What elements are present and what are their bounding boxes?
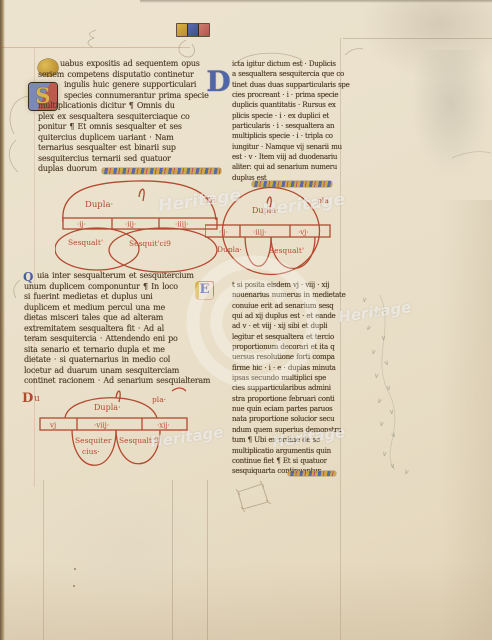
left-column-paragraph-2: uia inter sesqualterum et sesquitercium … xyxy=(24,271,222,387)
text-line: stra proportione februari conti xyxy=(232,394,340,404)
diagram-label-dupla-bottom: Dupla· xyxy=(217,245,242,254)
text-line: cies procreant · i · prima specie xyxy=(232,90,340,100)
ink-dot xyxy=(74,568,76,570)
diagram-label-pla: pla· xyxy=(152,395,166,404)
text-line: a sesqualtera sesquitercia que co xyxy=(232,69,340,79)
text-line: ad v · et viij · xij sibi et dupli xyxy=(232,321,340,331)
text-line: ipsas secundo multiplici spe xyxy=(232,373,340,383)
line-filler-ornament xyxy=(288,471,336,476)
proportion-diagram-3: D u pla· Dupla· vj ·viij· ·xij· Sesquite… xyxy=(20,385,205,485)
left-column-paragraph-1: uabus expositis ad sequentem opus seriem… xyxy=(38,59,224,175)
ink-dot xyxy=(73,585,75,587)
right-column-paragraph-2: t si posita eisdem vj · viij · xij nouen… xyxy=(232,280,340,477)
diagram-label-dupla: Dupla· xyxy=(85,200,113,210)
text-line: dietas misceri tales que ad alteram xyxy=(24,313,222,324)
diagram-label-dupla-top: Dupla· xyxy=(252,206,279,215)
text-line: duplicem et medium percul una me xyxy=(24,303,222,314)
diagram-cell-label: ·iij· xyxy=(125,221,136,229)
diagram-cell-label: vj xyxy=(49,422,56,430)
diagram-cell-label: ·xij· xyxy=(157,422,170,430)
text-line: nue quin eciam partes paruos xyxy=(232,404,340,414)
margin-flourish xyxy=(9,140,18,172)
text-line: conuiue erit ad senarium sesq xyxy=(232,301,340,311)
text-line: nouenarius numerus in medietate xyxy=(232,290,340,300)
text-line: multiplicatio argumentis quin xyxy=(232,446,340,456)
text-line: dietate · si quaternarius in medio col xyxy=(24,355,222,366)
text-line: ternarius sesqualter est binarii sup xyxy=(38,143,224,154)
parchment-fiber xyxy=(452,152,491,158)
text-line: nata proportione solucior secu xyxy=(232,414,340,424)
diagram-flourish xyxy=(139,189,144,201)
text-line: teram sesquitercia · Attendendo eni po xyxy=(24,334,222,345)
text-line: duplicis quantitatis · Rursus ex xyxy=(232,100,340,110)
text-line: continue fiet ¶ Et si quatuor xyxy=(232,456,340,466)
diagram-label-dupla: Dupla· xyxy=(94,403,121,412)
text-line: sesquitercius ternarii sed quatuor xyxy=(38,154,224,165)
diagram-label-Du-gold: D xyxy=(22,391,33,406)
diagram-label-sesqualtera: Sesqualt' xyxy=(269,246,304,255)
right-column-paragraph-1: icta igitur dictum est · Duplicis a sesq… xyxy=(232,59,340,183)
diagram-label-sesqualtera: Sesqualt' xyxy=(68,238,103,247)
text-line: firme hic · i · e · duplas minuta xyxy=(232,363,340,373)
text-line: species connumerantur prima specie xyxy=(38,91,224,102)
text-line: uersus resolutione forti compa xyxy=(232,352,340,362)
text-line: ingulis huic genere supporticulari xyxy=(38,80,224,91)
text-line: icta igitur dictum est · Duplicis xyxy=(232,59,340,69)
text-line: sita senario et ternario dupla et me xyxy=(24,345,222,356)
text-line: est · v · Item viij ad duodenariu xyxy=(232,152,340,162)
text-line: uabus expositis ad sequentem opus xyxy=(38,59,224,70)
diagram-label-Du-u: u xyxy=(34,394,40,404)
text-line: particularis · i · sesqualtera an xyxy=(232,121,340,131)
text-line: multiplicationis dicitur ¶ Omnis du xyxy=(38,101,224,112)
margin-flourish xyxy=(14,280,20,298)
text-line: legitur et sesqualtera et tercio xyxy=(232,332,340,342)
text-line: aliter: qui ad senarium numeru xyxy=(232,162,340,172)
text-line: tum ¶ Ubi ex ordine de se xyxy=(232,435,340,445)
text-line: plex ex sesqualtera sesquiterciaque co xyxy=(38,112,224,123)
manuscript-page: S uabus expositis ad sequentem opus seri… xyxy=(0,0,492,640)
diagram-label-sesqualt: Sesqualt'9 xyxy=(119,436,159,445)
text-line: iungitur · Namque vij senarii mu xyxy=(232,142,340,152)
diagram-label-pla: pla xyxy=(317,196,329,205)
margin-vine-stem xyxy=(380,295,395,470)
diagram-bar xyxy=(63,218,217,229)
diagram-label-cius: cius· xyxy=(82,447,100,456)
margin-flourish xyxy=(10,96,28,134)
text-line: cies supparticularibus admini xyxy=(232,383,340,393)
margin-flourish xyxy=(179,40,195,57)
margin-flourish xyxy=(345,49,363,55)
diagram-cell-label: ·iiij· xyxy=(175,221,188,229)
text-line: quitercius duplicem uariant · Nam xyxy=(38,133,224,144)
text-line: plicis specie · i · ex duplici et xyxy=(232,111,340,121)
text-line: locetur ad duarum unam sesquiterciam xyxy=(24,366,222,377)
diagram-label-sesquiter: Sesquiter xyxy=(75,436,112,445)
diagram-arc-left xyxy=(245,237,271,266)
text-line: multiplicis specie · i · tripla co xyxy=(232,131,340,141)
text-line: ponitur ¶ Et omnis sesqualter et ses xyxy=(38,122,224,133)
geometric-doodle xyxy=(236,481,271,512)
text-line: seriem competens disputatio continetur xyxy=(38,70,224,81)
text-line: extremitatem sesqualtera fit · Ad al xyxy=(24,324,222,335)
diagram-label-tri: Tri xyxy=(205,196,217,205)
text-line: proportionum decorari et ita q xyxy=(232,342,340,352)
diagram-cell-label: ·vj· xyxy=(298,229,309,237)
line-filler-ornament xyxy=(102,168,221,174)
diagram-cell-label: ·ij· xyxy=(219,229,228,237)
diagram-flourish xyxy=(172,388,186,391)
diagram-circle-right xyxy=(109,228,217,272)
text-line: unum duplicem componuntur ¶ In loco xyxy=(24,282,222,293)
text-line: ndum quem superius demonstra xyxy=(232,425,340,435)
diagram-cell-label: ·iiij· xyxy=(253,229,266,237)
text-line: tinet duas duas supparticularis spe xyxy=(232,80,340,90)
diagram-cell-label: ·viij· xyxy=(94,422,109,430)
diagram-flourish xyxy=(116,391,120,402)
diagram-cell-label: ·ij· xyxy=(77,221,86,229)
diagram-label-sesquitercia: Sesquit'ci9 xyxy=(129,239,171,248)
text-line: qui ad xij duplus est · et eande xyxy=(232,311,340,321)
illuminated-initial-D: D xyxy=(205,66,232,99)
proportion-diagram-1: Dupla· ·ij· ·iij· ·iiij· Sesqualt' Sesqu… xyxy=(55,176,230,276)
margin-flourish xyxy=(88,30,96,47)
text-line: si fuerint medietas et duplus uni xyxy=(24,292,222,303)
proportion-diagram-2: Tri pla Dupla· ·ij· ·iiij· ·vj· Dupla· S… xyxy=(205,186,340,286)
